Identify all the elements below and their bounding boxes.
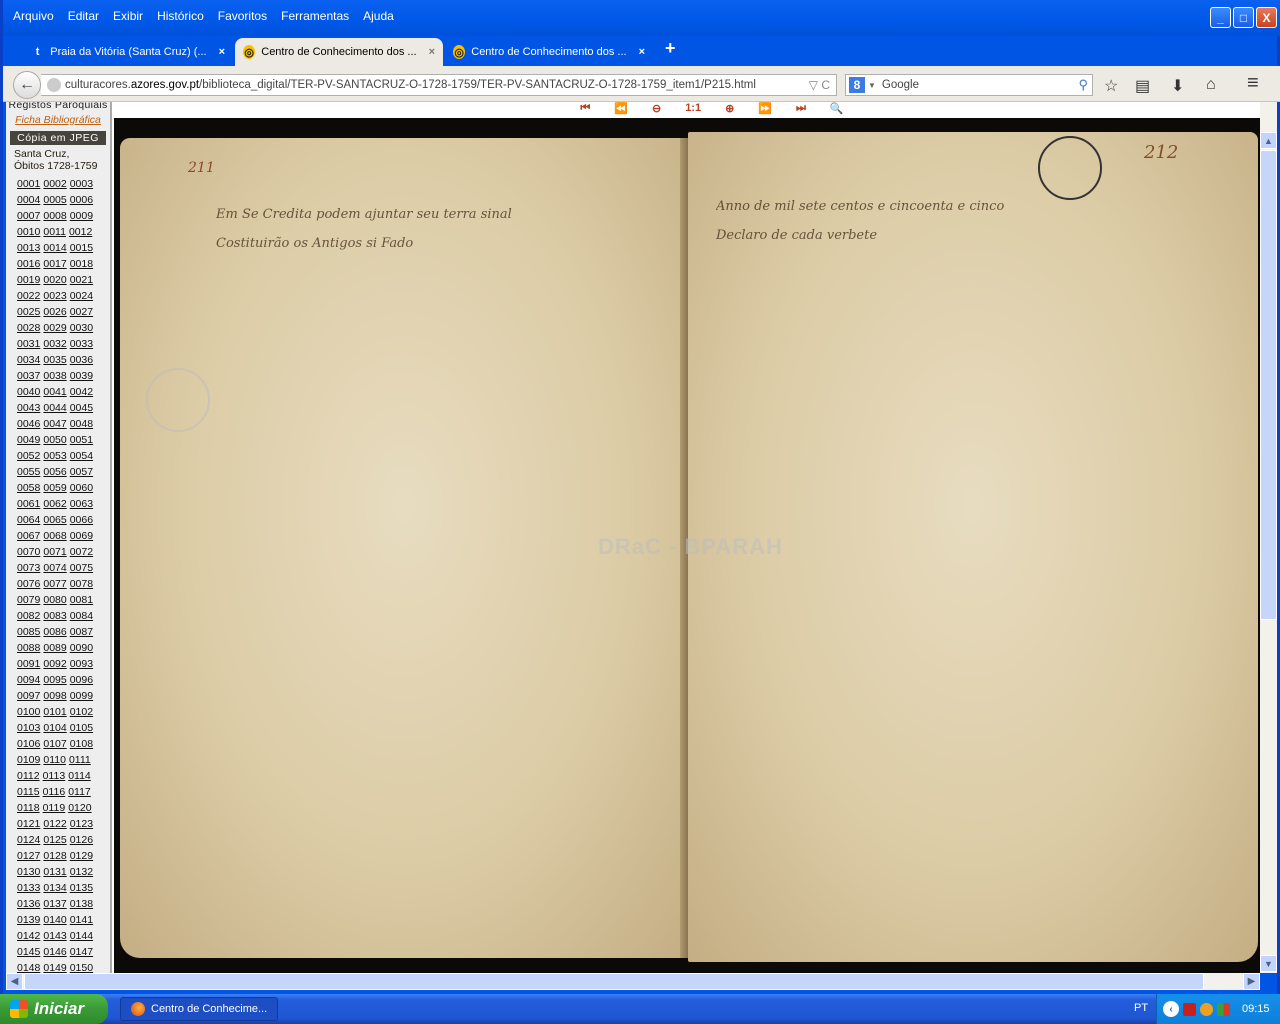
page-link-0125[interactable]: 0125 bbox=[43, 834, 66, 846]
title-bar: Arquivo Editar Exibir Histórico Favorito… bbox=[3, 0, 1280, 36]
page-link-row: 006100620063 bbox=[17, 496, 110, 512]
google-icon[interactable]: 8 bbox=[849, 77, 865, 93]
menu-ajuda[interactable]: Ajuda bbox=[363, 9, 394, 23]
right-page-script: Anno de mil sete centos e cincoenta e ci… bbox=[716, 192, 1196, 912]
page-link-0062[interactable]: 0062 bbox=[43, 498, 66, 510]
close-tab-icon[interactable]: × bbox=[219, 46, 225, 58]
page-link-0009[interactable]: 0009 bbox=[70, 210, 93, 222]
page-link-row: 001000110012 bbox=[17, 224, 110, 240]
page-link-0118[interactable]: 0118 bbox=[17, 802, 40, 814]
home-icon[interactable]: ⌂ bbox=[1206, 76, 1216, 94]
page-link-0012[interactable]: 0012 bbox=[69, 226, 92, 238]
page-link-row: 010301040105 bbox=[17, 720, 110, 736]
last-page-icon[interactable]: ⏭ bbox=[796, 102, 806, 118]
page-link-row: 005200530054 bbox=[17, 448, 110, 464]
page-content: Registos Paroquiais Ficha Bibliográfica … bbox=[6, 102, 1260, 973]
page-link-row: 004900500051 bbox=[17, 432, 110, 448]
page-link-row: 007300740075 bbox=[17, 560, 110, 576]
page-link-0143[interactable]: 0143 bbox=[43, 930, 66, 942]
page-link-0007[interactable]: 0007 bbox=[17, 210, 40, 222]
page-link-0029[interactable]: 0029 bbox=[43, 322, 66, 334]
page-link-row: 012401250126 bbox=[17, 832, 110, 848]
search-icon[interactable]: 🔍 bbox=[830, 102, 844, 118]
sidebar: Registos Paroquiais Ficha Bibliográfica … bbox=[6, 102, 112, 973]
page-link-row: 014501460147 bbox=[17, 944, 110, 960]
page-link-0016[interactable]: 0016 bbox=[17, 258, 40, 270]
next-page-icon[interactable]: ⏩ bbox=[758, 102, 772, 118]
page-link-0140[interactable]: 0140 bbox=[43, 914, 66, 926]
start-button[interactable]: Iniciar bbox=[0, 994, 108, 1024]
page-link-row: 004600470048 bbox=[17, 416, 110, 432]
page-link-0049[interactable]: 0049 bbox=[17, 434, 40, 446]
menu-favoritos[interactable]: Favoritos bbox=[218, 9, 267, 23]
page-link-row: 007000710072 bbox=[17, 544, 110, 560]
page-link-row: 003100320033 bbox=[17, 336, 110, 352]
page-link-0024[interactable]: 0024 bbox=[70, 290, 93, 302]
page-link-0021[interactable]: 0021 bbox=[70, 274, 93, 286]
page-link-0129[interactable]: 0129 bbox=[70, 850, 93, 862]
zoom-out-icon[interactable]: ⊖ bbox=[652, 102, 661, 118]
page-link-0036[interactable]: 0036 bbox=[70, 354, 93, 366]
page-link-0052[interactable]: 0052 bbox=[17, 450, 40, 462]
page-link-0010[interactable]: 0010 bbox=[17, 226, 40, 238]
close-tab-icon[interactable]: × bbox=[639, 46, 645, 58]
page-link-0026[interactable]: 0026 bbox=[43, 306, 66, 318]
page-link-0090[interactable]: 0090 bbox=[70, 642, 93, 654]
page-link-0038[interactable]: 0038 bbox=[43, 370, 66, 382]
page-link-0101[interactable]: 0101 bbox=[43, 706, 66, 718]
page-link-0058[interactable]: 0058 bbox=[17, 482, 40, 494]
page-link-0041[interactable]: 0041 bbox=[43, 386, 66, 398]
page-link-0084[interactable]: 0084 bbox=[70, 610, 93, 622]
taskbar-firefox-window[interactable]: Centro de Conhecime... bbox=[120, 997, 278, 1021]
page-link-0067[interactable]: 0067 bbox=[17, 530, 40, 542]
maximize-button[interactable]: □ bbox=[1233, 7, 1254, 28]
page-link-0076[interactable]: 0076 bbox=[17, 578, 40, 590]
page-link-row: 007600770078 bbox=[17, 576, 110, 592]
page-link-0001[interactable]: 0001 bbox=[17, 178, 40, 190]
page-link-0100[interactable]: 0100 bbox=[17, 706, 40, 718]
scroll-up-button[interactable]: ▲ bbox=[1260, 132, 1277, 149]
page-link-0075[interactable]: 0075 bbox=[70, 562, 93, 574]
page-link-row: 012701280129 bbox=[17, 848, 110, 864]
page-link-row: 010901100111 bbox=[17, 752, 110, 768]
page-link-0053[interactable]: 0053 bbox=[43, 450, 66, 462]
page-link-0065[interactable]: 0065 bbox=[43, 514, 66, 526]
page-link-0146[interactable]: 0146 bbox=[43, 946, 66, 958]
page-link-0044[interactable]: 0044 bbox=[43, 402, 66, 414]
clock: 09:15 bbox=[1242, 1003, 1270, 1015]
page-link-0141[interactable]: 0141 bbox=[70, 914, 93, 926]
acrobat-icon[interactable] bbox=[1183, 1003, 1196, 1016]
page-link-row: 007900800081 bbox=[17, 592, 110, 608]
dropdown-icon[interactable]: ▼ bbox=[868, 81, 876, 90]
bookmark-star-icon[interactable]: ☆ bbox=[1104, 76, 1118, 96]
page-link-row: 011501160117 bbox=[17, 784, 110, 800]
page-link-0091[interactable]: 0091 bbox=[17, 658, 40, 670]
page-link-row: 003400350036 bbox=[17, 352, 110, 368]
start-label: Iniciar bbox=[34, 999, 84, 1019]
watermark: DRaC - BPARAH bbox=[598, 534, 783, 560]
page-link-0056[interactable]: 0056 bbox=[43, 466, 66, 478]
page-link-0089[interactable]: 0089 bbox=[43, 642, 66, 654]
left-page-script: Em Se Credita podem ajuntar seu terra si… bbox=[216, 200, 636, 900]
page-link-row: 003700380039 bbox=[17, 368, 110, 384]
page-link-0071[interactable]: 0071 bbox=[43, 546, 66, 558]
tab-bar: t Praia da Vitória (Santa Cruz) (... × ◎… bbox=[3, 36, 1280, 66]
page-link-0123[interactable]: 0123 bbox=[70, 818, 93, 830]
page-link-0027[interactable]: 0027 bbox=[70, 306, 93, 318]
page-link-0006[interactable]: 0006 bbox=[70, 194, 93, 206]
security-center-icon[interactable] bbox=[1217, 1003, 1230, 1016]
page-link-0074[interactable]: 0074 bbox=[43, 562, 66, 574]
page-link-0008[interactable]: 0008 bbox=[43, 210, 66, 222]
page-link-0114[interactable]: 0114 bbox=[68, 770, 91, 782]
first-page-icon[interactable]: ⏮ bbox=[580, 102, 590, 118]
page-link-0093[interactable]: 0093 bbox=[70, 658, 93, 670]
tab-label: Centro de Conhecimento dos ... bbox=[471, 46, 626, 58]
scroll-down-button[interactable]: ▼ bbox=[1260, 955, 1277, 972]
page-link-row: 006400650066 bbox=[17, 512, 110, 528]
search-icon[interactable]: ⚲ bbox=[1078, 77, 1088, 93]
page-link-row: 004000410042 bbox=[17, 384, 110, 400]
page-link-0078[interactable]: 0078 bbox=[70, 578, 93, 590]
page-link-row: 013301340135 bbox=[17, 880, 110, 896]
page-link-0073[interactable]: 0073 bbox=[17, 562, 40, 574]
back-button[interactable]: ← bbox=[13, 71, 41, 99]
page-link-0014[interactable]: 0014 bbox=[43, 242, 66, 254]
page-link-0025[interactable]: 0025 bbox=[17, 306, 40, 318]
page-link-0104[interactable]: 0104 bbox=[43, 722, 66, 734]
page-link-0135[interactable]: 0135 bbox=[70, 882, 93, 894]
page-link-0035[interactable]: 0035 bbox=[43, 354, 66, 366]
page-link-0116[interactable]: 0116 bbox=[43, 786, 66, 798]
page-link-0149[interactable]: 0149 bbox=[43, 962, 66, 973]
page-link-0109[interactable]: 0109 bbox=[17, 754, 40, 766]
vertical-scrollbar[interactable]: ▲ ▼ bbox=[1260, 102, 1277, 973]
menu-ferramentas[interactable]: Ferramentas bbox=[281, 9, 349, 23]
page-link-0050[interactable]: 0050 bbox=[43, 434, 66, 446]
page-link-0063[interactable]: 0063 bbox=[70, 498, 93, 510]
page-link-0032[interactable]: 0032 bbox=[43, 338, 66, 350]
page-link-0131[interactable]: 0131 bbox=[43, 866, 66, 878]
page-link-row: 014801490150 bbox=[17, 960, 110, 973]
tab-centro-conhecimento-active[interactable]: ◎ Centro de Conhecimento dos ... × bbox=[235, 38, 443, 66]
document-viewer: ⏮⏪⊖1:1⊕⏩⏭🔍 211 Em Se Credita podem ajunt… bbox=[114, 102, 1260, 973]
page-link-0064[interactable]: 0064 bbox=[17, 514, 40, 526]
expand-tray-icon[interactable]: ‹ bbox=[1163, 1001, 1179, 1017]
page-link-row: 013601370138 bbox=[17, 896, 110, 912]
menu-bar: Arquivo Editar Exibir Histórico Favorito… bbox=[13, 9, 408, 23]
page-link-row: 000100020003 bbox=[17, 176, 110, 192]
page-link-row: 013001310132 bbox=[17, 864, 110, 880]
page-link-0147[interactable]: 0147 bbox=[70, 946, 93, 958]
tab-label: Centro de Conhecimento dos ... bbox=[261, 46, 416, 58]
firefox-icon bbox=[131, 1002, 145, 1016]
page-link-0086[interactable]: 0086 bbox=[43, 626, 66, 638]
page-link-0069[interactable]: 0069 bbox=[70, 530, 93, 542]
page-link-row: 013901400141 bbox=[17, 912, 110, 928]
page-link-0139[interactable]: 0139 bbox=[17, 914, 40, 926]
culturacores-favicon-icon: ◎ bbox=[243, 45, 255, 59]
actual-size-icon[interactable]: 1:1 bbox=[685, 102, 701, 118]
scroll-left-button[interactable]: ◀ bbox=[6, 973, 23, 990]
left-page-number: 211 bbox=[188, 160, 215, 176]
archive-stamp-icon bbox=[1038, 136, 1102, 200]
system-tray: ‹ 09:15 bbox=[1156, 994, 1280, 1024]
page-link-row: 002500260027 bbox=[17, 304, 110, 320]
download-icon[interactable]: ⬇ bbox=[1171, 76, 1184, 96]
page-link-0033[interactable]: 0033 bbox=[70, 338, 93, 350]
horizontal-scroll-thumb[interactable] bbox=[24, 973, 1204, 990]
page-link-row: 004300440045 bbox=[17, 400, 110, 416]
globe-icon bbox=[47, 78, 61, 92]
vertical-scroll-thumb[interactable] bbox=[1260, 150, 1277, 620]
page-link-0039[interactable]: 0039 bbox=[70, 370, 93, 382]
page-link-row: 010001010102 bbox=[17, 704, 110, 720]
page-link-0002[interactable]: 0002 bbox=[43, 178, 66, 190]
page-link-0138[interactable]: 0138 bbox=[70, 898, 93, 910]
page-link-row: 011801190120 bbox=[17, 800, 110, 816]
page-link-0092[interactable]: 0092 bbox=[43, 658, 66, 670]
page-link-row: 001900200021 bbox=[17, 272, 110, 288]
zoom-in-icon[interactable]: ⊕ bbox=[725, 102, 734, 118]
page-link-0107[interactable]: 0107 bbox=[43, 738, 66, 750]
page-link-0102[interactable]: 0102 bbox=[70, 706, 93, 718]
page-link-0059[interactable]: 0059 bbox=[43, 482, 66, 494]
page-link-0034[interactable]: 0034 bbox=[17, 354, 40, 366]
page-link-0124[interactable]: 0124 bbox=[17, 834, 40, 846]
menu-editar[interactable]: Editar bbox=[68, 9, 99, 23]
viewer-toolbar: ⏮⏪⊖1:1⊕⏩⏭🔍 bbox=[114, 102, 1260, 118]
page-link-row: 009100920093 bbox=[17, 656, 110, 672]
page-link-0003[interactable]: 0003 bbox=[70, 178, 93, 190]
page-link-0068[interactable]: 0068 bbox=[43, 530, 66, 542]
page-link-0097[interactable]: 0097 bbox=[17, 690, 40, 702]
page-link-row: 005500560057 bbox=[17, 464, 110, 480]
close-window-button[interactable]: X bbox=[1256, 7, 1277, 28]
page-link-0094[interactable]: 0094 bbox=[17, 674, 40, 686]
taskbar: Iniciar Centro de Conhecime... PT ‹ 09:1… bbox=[0, 994, 1280, 1024]
tab-praia-da-vitoria[interactable]: t Praia da Vitória (Santa Cruz) (... × bbox=[23, 38, 233, 66]
page-link-0142[interactable]: 0142 bbox=[17, 930, 40, 942]
page-link-0113[interactable]: 0113 bbox=[43, 770, 66, 782]
messenger-icon[interactable] bbox=[1200, 1003, 1213, 1016]
page-link-0082[interactable]: 0082 bbox=[17, 610, 40, 622]
page-link-row: 012101220123 bbox=[17, 816, 110, 832]
page-link-0045[interactable]: 0045 bbox=[70, 402, 93, 414]
collection-title: Santa Cruz, Óbitos 1728-1759 bbox=[6, 145, 110, 172]
back-arrow-icon: ← bbox=[19, 76, 35, 94]
page-link-0020[interactable]: 0020 bbox=[43, 274, 66, 286]
page-link-row: 008500860087 bbox=[17, 624, 110, 640]
page-link-row: 010601070108 bbox=[17, 736, 110, 752]
sidebar-header: Registos Paroquiais bbox=[6, 102, 110, 111]
windows-logo-icon bbox=[10, 1000, 28, 1018]
scroll-right-button[interactable]: ▶ bbox=[1243, 973, 1260, 990]
page-link-row: 009400950096 bbox=[17, 672, 110, 688]
page-link-0040[interactable]: 0040 bbox=[17, 386, 40, 398]
manuscript-image[interactable]: 211 Em Se Credita podem ajuntar seu terr… bbox=[114, 118, 1260, 973]
page-link-0121[interactable]: 0121 bbox=[17, 818, 40, 830]
menu-exibir[interactable]: Exibir bbox=[113, 9, 143, 23]
new-tab-button[interactable]: + bbox=[665, 38, 676, 59]
page-link-row: 000400050006 bbox=[17, 192, 110, 208]
page-link-row: 005800590060 bbox=[17, 480, 110, 496]
search-input[interactable]: Google bbox=[882, 79, 919, 91]
page-link-0099[interactable]: 0099 bbox=[70, 690, 93, 702]
url-prefix: culturacores. bbox=[65, 79, 131, 91]
previous-page-icon[interactable]: ⏪ bbox=[614, 102, 628, 118]
page-link-0108[interactable]: 0108 bbox=[70, 738, 93, 750]
page-link-row: 002800290030 bbox=[17, 320, 110, 336]
page-link-0031[interactable]: 0031 bbox=[17, 338, 40, 350]
page-link-0095[interactable]: 0095 bbox=[43, 674, 66, 686]
page-link-list: 0001000200030004000500060007000800090010… bbox=[6, 172, 110, 973]
page-link-row: 001300140015 bbox=[17, 240, 110, 256]
page-link-0112[interactable]: 0112 bbox=[17, 770, 40, 782]
page-link-0079[interactable]: 0079 bbox=[17, 594, 40, 606]
page-link-0098[interactable]: 0098 bbox=[43, 690, 66, 702]
menu-historico[interactable]: Histórico bbox=[157, 9, 204, 23]
page-link-0018[interactable]: 0018 bbox=[70, 258, 93, 270]
page-link-0047[interactable]: 0047 bbox=[43, 418, 66, 430]
page-link-row: 009700980099 bbox=[17, 688, 110, 704]
page-link-0013[interactable]: 0013 bbox=[17, 242, 40, 254]
page-link-0085[interactable]: 0085 bbox=[17, 626, 40, 638]
page-link-0133[interactable]: 0133 bbox=[17, 882, 40, 894]
page-link-0022[interactable]: 0022 bbox=[17, 290, 40, 302]
page-link-0134[interactable]: 0134 bbox=[43, 882, 66, 894]
page-link-0061[interactable]: 0061 bbox=[17, 498, 40, 510]
window-controls: _ □ X bbox=[1210, 7, 1277, 28]
page-link-0019[interactable]: 0019 bbox=[17, 274, 40, 286]
page-link-0080[interactable]: 0080 bbox=[43, 594, 66, 606]
page-link-0115[interactable]: 0115 bbox=[17, 786, 40, 798]
page-link-0148[interactable]: 0148 bbox=[17, 962, 40, 973]
page-link-0070[interactable]: 0070 bbox=[17, 546, 40, 558]
page-link-0051[interactable]: 0051 bbox=[70, 434, 93, 446]
page-link-0120[interactable]: 0120 bbox=[68, 802, 91, 814]
url-bar[interactable]: culturacores.azores.gov.pt/biblioteca_di… bbox=[41, 74, 837, 96]
page-link-0011[interactable]: 0011 bbox=[43, 226, 66, 238]
right-page-number: 212 bbox=[1144, 142, 1178, 163]
url-path: /biblioteca_digital/TER-PV-SANTACRUZ-O-1… bbox=[199, 79, 756, 91]
page-link-0030[interactable]: 0030 bbox=[70, 322, 93, 334]
page-link-0136[interactable]: 0136 bbox=[17, 898, 40, 910]
page-link-row: 002200230024 bbox=[17, 288, 110, 304]
page-link-0028[interactable]: 0028 bbox=[17, 322, 40, 334]
menu-icon[interactable]: ≡ bbox=[1247, 72, 1259, 95]
culturacores-favicon-icon: ◎ bbox=[453, 45, 465, 59]
copia-jpeg-label: Cópia em JPEG bbox=[10, 131, 106, 145]
horizontal-scrollbar[interactable]: ◀ ▶ bbox=[6, 973, 1260, 990]
reload-icon[interactable]: ▽ C bbox=[809, 78, 830, 92]
page-link-0005[interactable]: 0005 bbox=[43, 194, 66, 206]
page-link-0043[interactable]: 0043 bbox=[17, 402, 40, 414]
page-link-0088[interactable]: 0088 bbox=[17, 642, 40, 654]
reading-list-icon[interactable]: ▤ bbox=[1135, 76, 1150, 96]
page-link-0081[interactable]: 0081 bbox=[70, 594, 93, 606]
page-link-0110[interactable]: 0110 bbox=[43, 754, 66, 766]
page-link-0017[interactable]: 0017 bbox=[43, 258, 66, 270]
page-link-0144[interactable]: 0144 bbox=[70, 930, 93, 942]
minimize-button[interactable]: _ bbox=[1210, 7, 1231, 28]
page-link-row: 000700080009 bbox=[17, 208, 110, 224]
page-link-0130[interactable]: 0130 bbox=[17, 866, 40, 878]
page-link-0117[interactable]: 0117 bbox=[68, 786, 91, 798]
ficha-bibliografica-link[interactable]: Ficha Bibliográfica bbox=[6, 114, 110, 126]
page-link-0132[interactable]: 0132 bbox=[70, 866, 93, 878]
page-link-0145[interactable]: 0145 bbox=[17, 946, 40, 958]
close-tab-icon[interactable]: × bbox=[429, 46, 435, 58]
tab-centro-conhecimento[interactable]: ◎ Centro de Conhecimento dos ... × bbox=[445, 38, 653, 66]
page-link-0004[interactable]: 0004 bbox=[17, 194, 40, 206]
page-link-row: 008200830084 bbox=[17, 608, 110, 624]
page-link-0023[interactable]: 0023 bbox=[43, 290, 66, 302]
menu-arquivo[interactable]: Arquivo bbox=[13, 9, 54, 23]
page-link-row: 001600170018 bbox=[17, 256, 110, 272]
page-link-0037[interactable]: 0037 bbox=[17, 370, 40, 382]
tab-label: Praia da Vitória (Santa Cruz) (... bbox=[50, 46, 206, 58]
page-link-0137[interactable]: 0137 bbox=[43, 898, 66, 910]
search-bar[interactable]: 8 ▼ Google ⚲ bbox=[845, 74, 1093, 96]
page-link-0126[interactable]: 0126 bbox=[70, 834, 93, 846]
page-link-0103[interactable]: 0103 bbox=[17, 722, 40, 734]
page-link-0150[interactable]: 0150 bbox=[70, 962, 93, 973]
page-link-0042[interactable]: 0042 bbox=[70, 386, 93, 398]
page-link-0096[interactable]: 0096 bbox=[70, 674, 93, 686]
page-link-0054[interactable]: 0054 bbox=[70, 450, 93, 462]
page-link-0015[interactable]: 0015 bbox=[70, 242, 93, 254]
browser-window: Arquivo Editar Exibir Histórico Favorito… bbox=[0, 0, 1280, 994]
page-link-0060[interactable]: 0060 bbox=[70, 482, 93, 494]
page-link-row: 011201130114 bbox=[17, 768, 110, 784]
task-label: Centro de Conhecime... bbox=[151, 1003, 267, 1015]
page-link-0083[interactable]: 0083 bbox=[43, 610, 66, 622]
page-link-0077[interactable]: 0077 bbox=[43, 578, 66, 590]
page-link-row: 008800890090 bbox=[17, 640, 110, 656]
page-link-0046[interactable]: 0046 bbox=[17, 418, 40, 430]
faded-stamp-icon bbox=[146, 368, 210, 432]
page-link-0087[interactable]: 0087 bbox=[70, 626, 93, 638]
page-link-row: 006700680069 bbox=[17, 528, 110, 544]
page-link-0127[interactable]: 0127 bbox=[17, 850, 40, 862]
url-host: azores.gov.pt bbox=[131, 79, 199, 91]
page-link-0106[interactable]: 0106 bbox=[17, 738, 40, 750]
language-indicator[interactable]: PT bbox=[1134, 1002, 1148, 1014]
page-link-0072[interactable]: 0072 bbox=[70, 546, 93, 558]
t-favicon-icon: t bbox=[31, 45, 44, 59]
page-link-0111[interactable]: 0111 bbox=[69, 754, 91, 766]
page-link-0057[interactable]: 0057 bbox=[70, 466, 93, 478]
page-link-0128[interactable]: 0128 bbox=[43, 850, 66, 862]
page-link-0055[interactable]: 0055 bbox=[17, 466, 40, 478]
page-link-row: 014201430144 bbox=[17, 928, 110, 944]
page-link-0048[interactable]: 0048 bbox=[70, 418, 93, 430]
page-link-0119[interactable]: 0119 bbox=[43, 802, 66, 814]
navigation-bar: ← culturacores.azores.gov.pt/biblioteca_… bbox=[3, 66, 1280, 102]
page-link-0066[interactable]: 0066 bbox=[70, 514, 93, 526]
page-link-0122[interactable]: 0122 bbox=[43, 818, 66, 830]
page-link-0105[interactable]: 0105 bbox=[70, 722, 93, 734]
